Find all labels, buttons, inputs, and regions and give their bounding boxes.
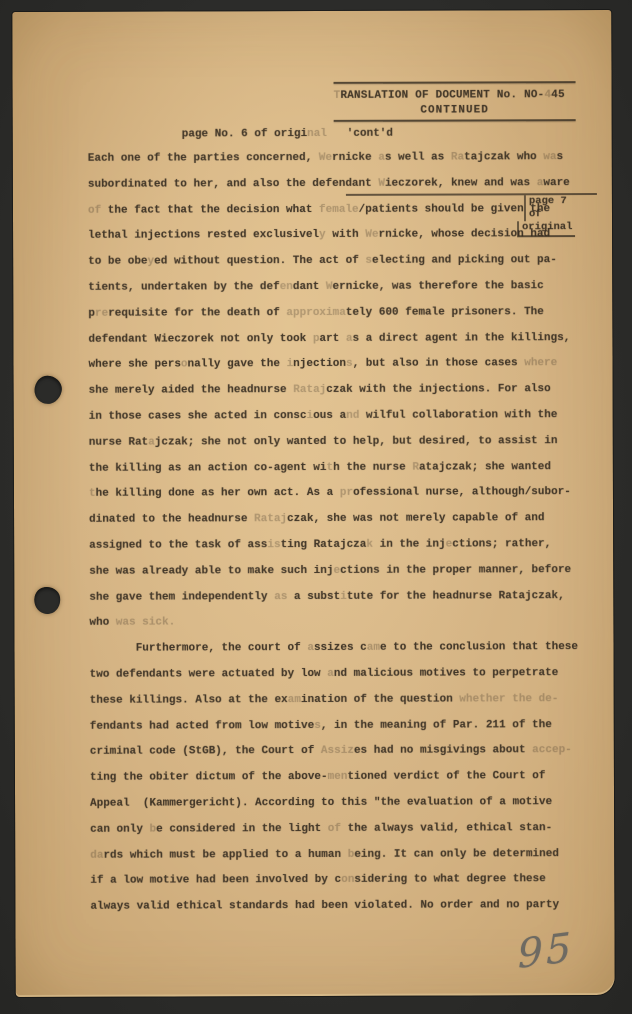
stamp-rule-bottom	[334, 119, 576, 122]
text-line: subordinated to her, and also the defend…	[88, 171, 598, 199]
text-line: ting the obiter dictum of the above-ment…	[90, 764, 600, 792]
text-line: always valid ethical standards had been …	[90, 893, 600, 921]
text-line: if a low motive had been involved by con…	[90, 867, 600, 895]
text-line: defendant Wieczorek not only took part a…	[88, 326, 598, 354]
text-line: dards which must be applied to a human b…	[90, 842, 600, 870]
punch-hole	[33, 585, 63, 615]
body-text: Each one of the parties concerned, Werni…	[88, 145, 601, 921]
text-line: assigned to the task of assisting Ratajc…	[89, 532, 599, 560]
paragraph: Each one of the parties concerned, Werni…	[88, 145, 600, 637]
text-line: she was already able to make such inject…	[89, 558, 599, 586]
text-line: Each one of the parties concerned, Werni…	[88, 145, 598, 173]
text-line: where she personally gave the injections…	[88, 351, 598, 379]
text-line: prerequisite for the death of approximat…	[88, 300, 598, 328]
text-line: in those cases she acted in conscious an…	[89, 403, 599, 431]
text-line: she gave them independently as a substit…	[89, 584, 599, 612]
text-line: can only be considered in the light of t…	[90, 816, 600, 844]
handwritten-page-number: 95	[517, 925, 574, 978]
text-line: she merely aided the headnurse Ratajczak…	[89, 377, 599, 405]
paragraph: Furthermore, the court of assizes came t…	[89, 635, 600, 921]
text-line: to be obeyed without question. The act o…	[88, 248, 598, 276]
text-line: dinated to the headnurse Ratajczak, she …	[89, 506, 599, 534]
punch-hole	[32, 373, 64, 406]
text-line: who was sick.	[89, 609, 599, 637]
text-line: Furthermore, the court of assizes came t…	[89, 635, 599, 663]
document-stamp: TRANSLATION OF DOCUMENT No. NO-445 CONTI…	[334, 81, 576, 122]
text-line: tients, undertaken by the defendant Wern…	[88, 274, 598, 302]
stamp-title: TRANSLATION OF DOCUMENT No. NO-445	[334, 89, 576, 103]
text-line: Appeal (Kammergericht). According to thi…	[90, 790, 600, 818]
text-line: the killing as an action co-agent with t…	[89, 455, 599, 483]
text-line: nurse Ratajczak; she not only wanted to …	[89, 429, 599, 457]
stamp-rule-top	[334, 81, 576, 84]
text-line: criminal code (StGB), the Court of Assiz…	[90, 738, 600, 766]
text-line: fendants had acted from low motives, in …	[90, 713, 600, 741]
text-line: lethal injections rested exclusively wit…	[88, 222, 598, 250]
text-line: of the fact that the decision what femal…	[88, 197, 598, 225]
document-page: TRANSLATION OF DOCUMENT No. NO-445 CONTI…	[12, 10, 614, 997]
page-header-line: page No. 6 of original 'cont'd	[182, 128, 393, 141]
text-line: these killings. Also at the examination …	[90, 687, 600, 715]
stamp-subtitle: CONTINUED	[334, 104, 576, 118]
text-line: two defendants were actuated by low and …	[90, 661, 600, 689]
text-line: the killing done as her own act. As a pr…	[89, 480, 599, 508]
